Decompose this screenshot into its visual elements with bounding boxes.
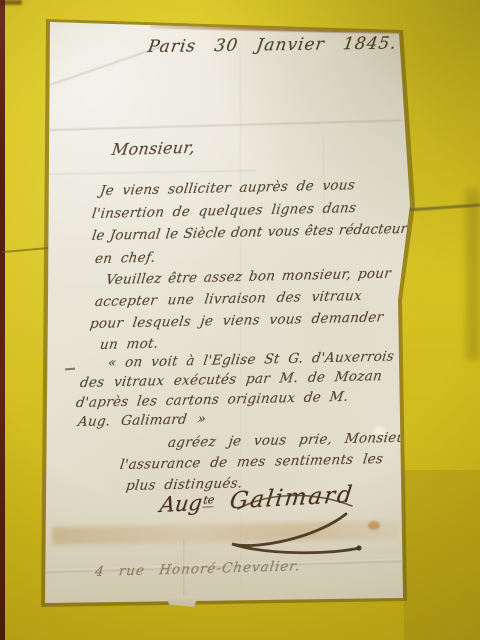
folder-spine-edge bbox=[0, 0, 5, 640]
letter-salutation: Monsieur, bbox=[111, 138, 197, 159]
body-line: en chef. bbox=[94, 250, 157, 267]
body-line: Veuillez être assez bon monsieur, pour bbox=[105, 266, 392, 289]
body-line: le Journal le Siècle dont vous êtes réda… bbox=[91, 221, 408, 244]
folder-shade-below-paper bbox=[404, 470, 480, 640]
paper-crease-upper bbox=[46, 118, 402, 130]
folder-shade-right-edge bbox=[466, 190, 480, 360]
margin-ink-dash bbox=[65, 368, 75, 370]
body-line: Je viens solliciter auprès de vous bbox=[99, 177, 356, 199]
paper-crease-mid-faint bbox=[46, 168, 256, 174]
closing-line: agréez je vous prie, Monsieur bbox=[167, 429, 413, 451]
body-line: pour lesquels je viens vous demander bbox=[89, 309, 384, 332]
folder-top-corner-shade bbox=[0, 0, 22, 5]
quote-line: des vitraux exécutés par M. de Mozan bbox=[79, 368, 383, 391]
body-line: l'insertion de quelques lignes dans bbox=[91, 200, 357, 222]
body-line: un mot. bbox=[99, 336, 160, 353]
body-line: accepter une livraison des vitraux bbox=[94, 288, 363, 310]
quote-line: Aug. Galimard » bbox=[77, 411, 207, 430]
photo-of-handwritten-letter: Paris 30 Janvier 1845. Monsieur, Je vien… bbox=[0, 0, 480, 640]
quote-line: d'après les cartons originaux de M. bbox=[75, 389, 350, 411]
closing-line: l'assurance de mes sentiments les bbox=[119, 451, 384, 473]
letter-date: Paris 30 Janvier 1845. bbox=[147, 34, 399, 58]
signature-flourish bbox=[148, 486, 428, 572]
